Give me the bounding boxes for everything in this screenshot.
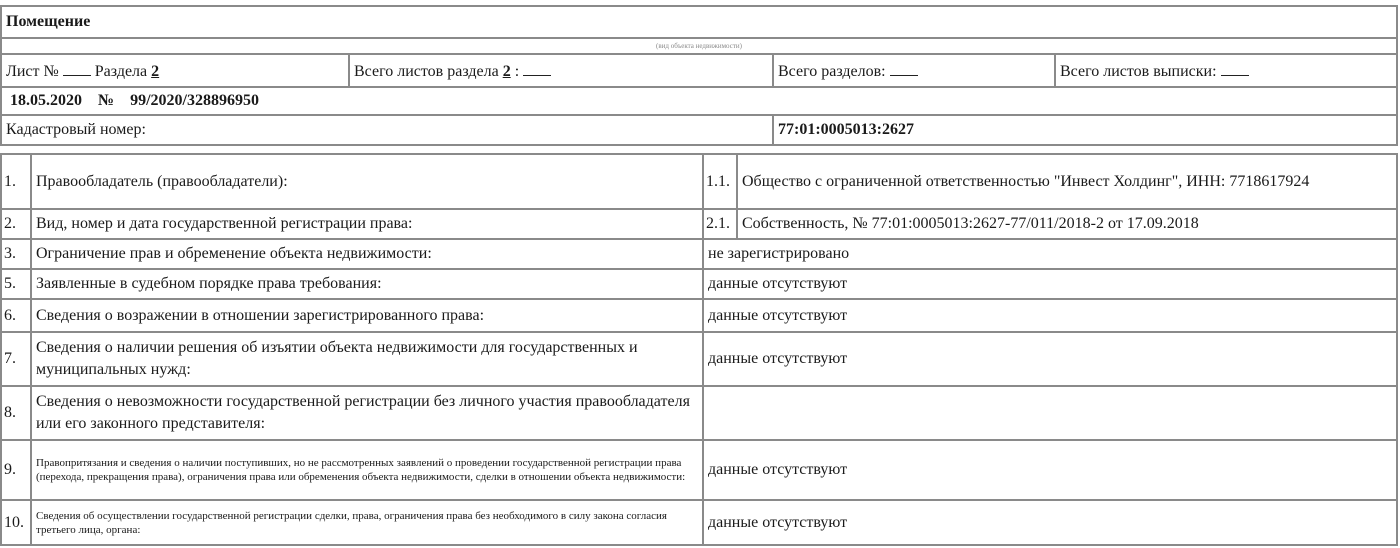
row-label: Сведения об осуществлении государственно… bbox=[31, 500, 703, 545]
row-value: не зарегистрировано bbox=[703, 239, 1397, 269]
section-data-table: 1.Правообладатель (правообладатели):1.1.… bbox=[0, 153, 1398, 546]
total-sections-blank bbox=[890, 61, 918, 76]
table-row: 3.Ограничение прав и обременение объекта… bbox=[1, 239, 1397, 269]
table-row: 10.Сведения об осуществлении государстве… bbox=[1, 500, 1397, 545]
row-label: Вид, номер и дата государственной регист… bbox=[31, 209, 703, 239]
sheet-section-cell: Лист № Раздела 2 bbox=[1, 54, 349, 87]
total-sheets-section-value: 2 bbox=[503, 63, 511, 80]
row-label: Сведения о наличии решения об изъятии об… bbox=[31, 332, 703, 386]
row-number: 10. bbox=[1, 500, 31, 545]
row-value: Собственность, № 77:01:0005013:2627-77/0… bbox=[737, 209, 1397, 239]
cadastral-number: 77:01:0005013:2627 bbox=[773, 115, 1397, 145]
row-value: данные отсутствуют bbox=[703, 500, 1397, 545]
row-number: 1. bbox=[1, 154, 31, 209]
total-sheets-section-cell: Всего листов раздела 2 : bbox=[349, 54, 773, 87]
object-type: Помещение bbox=[1, 6, 1397, 38]
row-number: 6. bbox=[1, 299, 31, 332]
table-row: 8.Сведения о невозможности государственн… bbox=[1, 386, 1397, 440]
total-sheets-extract-cell: Всего листов выписки: bbox=[1055, 54, 1397, 87]
row-label: Правообладатель (правообладатели): bbox=[31, 154, 703, 209]
sheet-blank bbox=[63, 61, 91, 76]
section-label: Раздела bbox=[95, 63, 147, 80]
sheet-label: Лист № bbox=[6, 63, 59, 80]
row-label: Сведения о возражении в отношении зареги… bbox=[31, 299, 703, 332]
row-number: 5. bbox=[1, 269, 31, 299]
section-value: 2 bbox=[151, 63, 159, 80]
row-value: данные отсутствуют bbox=[703, 269, 1397, 299]
row-label: Правопритязания и сведения о наличии пос… bbox=[31, 440, 703, 500]
row-label: Сведения о невозможности государственной… bbox=[31, 386, 703, 440]
row-subnumber: 2.1. bbox=[703, 209, 737, 239]
total-sheets-section-label: Всего листов раздела bbox=[354, 63, 499, 80]
table-row: 2.Вид, номер и дата государственной реги… bbox=[1, 209, 1397, 239]
row-label: Ограничение прав и обременение объекта н… bbox=[31, 239, 703, 269]
total-sheets-extract-blank bbox=[1221, 61, 1249, 76]
table-row: 5.Заявленные в судебном порядке права тр… bbox=[1, 269, 1397, 299]
row-number: 8. bbox=[1, 386, 31, 440]
row-number: 9. bbox=[1, 440, 31, 500]
row-number: 3. bbox=[1, 239, 31, 269]
row-label: Заявленные в судебном порядке права треб… bbox=[31, 269, 703, 299]
cadastral-label: Кадастровый номер: bbox=[1, 115, 773, 145]
row-number: 2. bbox=[1, 209, 31, 239]
document-number: 99/2020/328896950 bbox=[130, 92, 259, 109]
total-sheets-section-blank bbox=[523, 61, 551, 76]
row-number: 7. bbox=[1, 332, 31, 386]
table-row: 6.Сведения о возражении в отношении заре… bbox=[1, 299, 1397, 332]
total-sections-label: Всего разделов: bbox=[778, 63, 886, 80]
date-number-cell: 18.05.2020 № 99/2020/328896950 bbox=[1, 87, 1397, 115]
row-value bbox=[703, 386, 1397, 440]
extract-header-table: Помещение (вид объекта недвижимости) Лис… bbox=[0, 5, 1398, 146]
total-sections-cell: Всего разделов: bbox=[773, 54, 1055, 87]
table-row: 1.Правообладатель (правообладатели):1.1.… bbox=[1, 154, 1397, 209]
row-subnumber: 1.1. bbox=[703, 154, 737, 209]
object-type-caption: (вид объекта недвижимости) bbox=[1, 38, 1397, 54]
row-value: данные отсутствуют bbox=[703, 440, 1397, 500]
table-row: 7.Сведения о наличии решения об изъятии … bbox=[1, 332, 1397, 386]
table-row: 9.Правопритязания и сведения о наличии п… bbox=[1, 440, 1397, 500]
total-sheets-extract-label: Всего листов выписки: bbox=[1060, 63, 1217, 80]
number-sign: № bbox=[98, 92, 114, 109]
row-value: данные отсутствуют bbox=[703, 332, 1397, 386]
row-value: Общество с ограниченной ответственностью… bbox=[737, 154, 1397, 209]
row-value: данные отсутствуют bbox=[703, 299, 1397, 332]
extract-date: 18.05.2020 bbox=[10, 92, 82, 109]
